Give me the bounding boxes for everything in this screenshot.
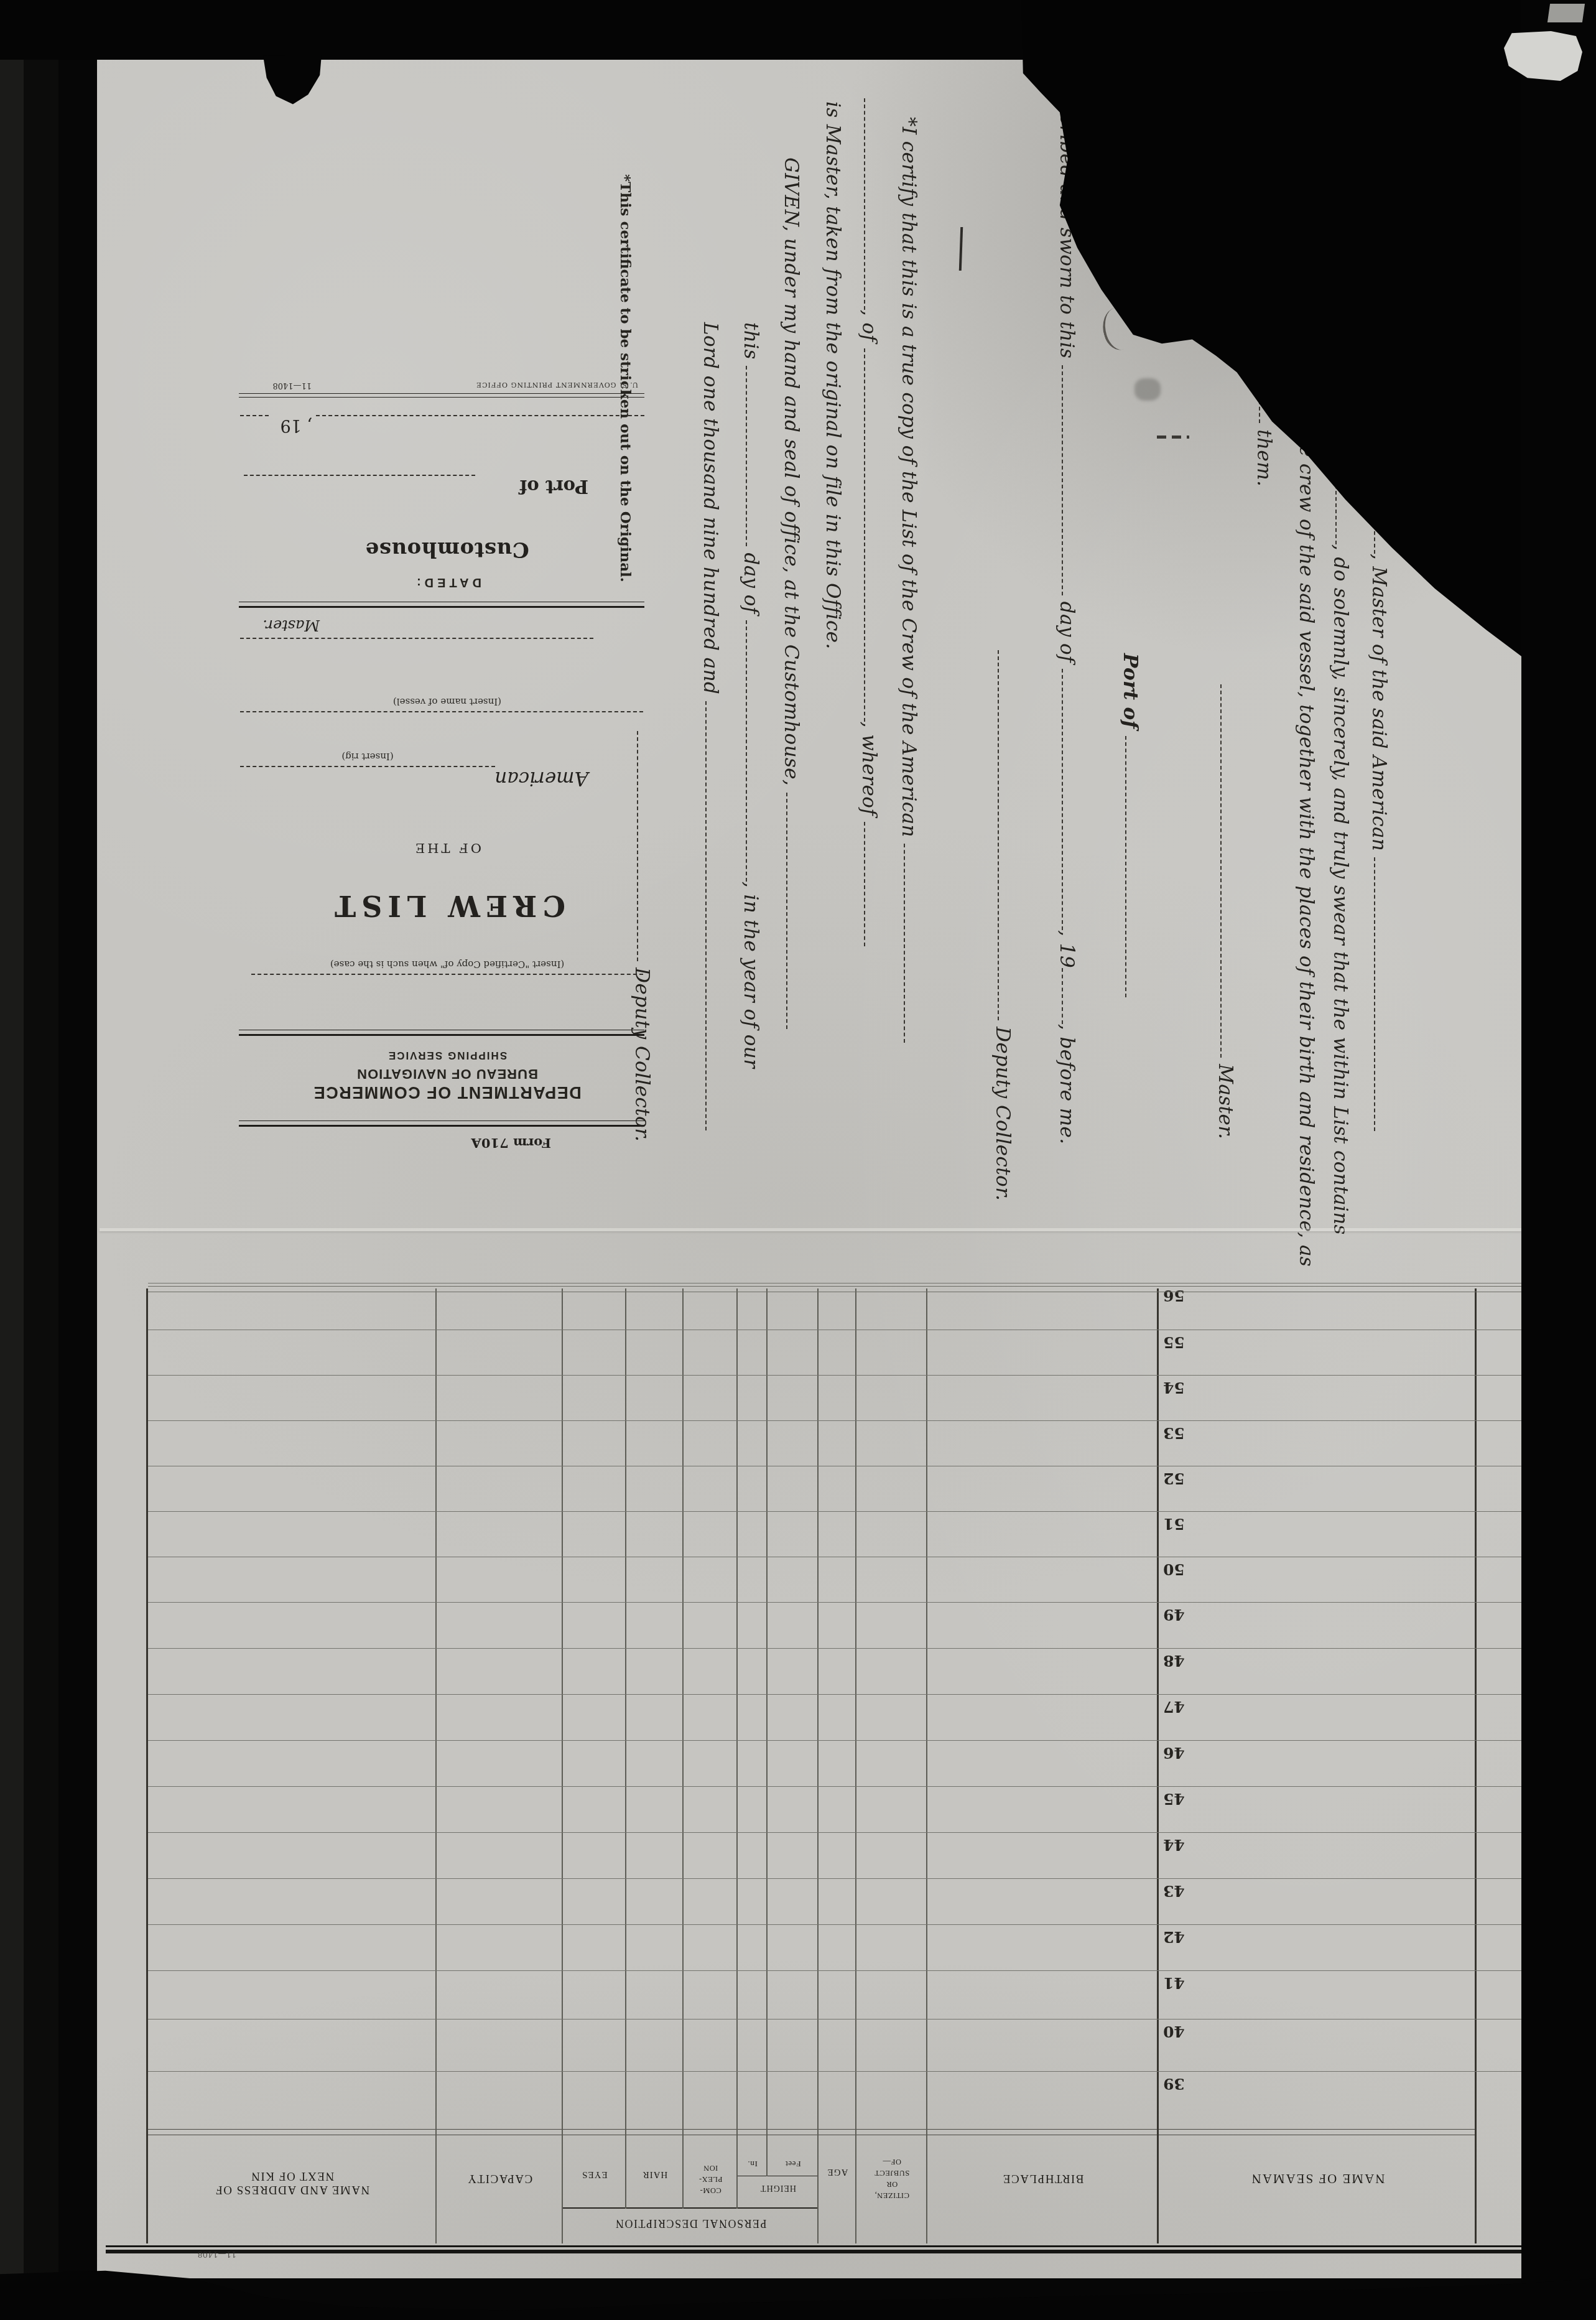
col-header-feet: Feet bbox=[768, 2158, 819, 2170]
crew-row-41: 41 bbox=[148, 1970, 1523, 2019]
crew-row-48: 48 bbox=[148, 1648, 1523, 1694]
row-number: 52 bbox=[1163, 1470, 1188, 1488]
rule bbox=[239, 1120, 644, 1127]
service-title: SHIPPING SERVICE bbox=[239, 1049, 656, 1061]
rule bbox=[239, 602, 644, 608]
crew-row-55: 55 bbox=[148, 1330, 1523, 1375]
row-number: 49 bbox=[1163, 1606, 1188, 1624]
row-number: 48 bbox=[1163, 1652, 1188, 1670]
col-header-age: AGE bbox=[819, 2166, 856, 2178]
crew-row-45: 45 bbox=[148, 1786, 1523, 1832]
rig-prefix: American bbox=[494, 767, 588, 790]
rig-caption: (Insert rig) bbox=[240, 751, 495, 762]
col-header-birthplace: BIRTHPLACE bbox=[927, 2171, 1159, 2185]
personal-description-rule bbox=[563, 2207, 819, 2209]
certify-of-line: , of , whereof bbox=[858, 98, 880, 946]
crew-row-39: 39 bbox=[148, 2071, 1523, 2130]
row-number: 53 bbox=[1163, 1424, 1188, 1442]
year-line-end bbox=[240, 415, 269, 416]
back-cover-panel: Form 710A DEPARTMENT OF COMMERCE BUREAU … bbox=[239, 373, 656, 1154]
col-header-complexion: COM- PLEX- ION bbox=[684, 2163, 738, 2196]
customhouse-label: Customhouse bbox=[239, 537, 656, 562]
port-of-line bbox=[244, 475, 475, 476]
row-number: 51 bbox=[1163, 1515, 1188, 1533]
pencil-smear bbox=[1134, 378, 1161, 401]
print-code: 11—1408 bbox=[272, 381, 312, 390]
form-number: Form 710A bbox=[471, 1135, 552, 1151]
crew-row-51: 51 bbox=[148, 1511, 1523, 1557]
group-header-personal-description: PERSONAL DESCRIPTION bbox=[563, 2217, 819, 2230]
rule bbox=[239, 393, 644, 398]
vessel-caption: (Insert name of vessel) bbox=[239, 696, 656, 707]
year-label: , 19 bbox=[280, 416, 312, 435]
port-of-label: Port of bbox=[519, 476, 588, 497]
row-number: 46 bbox=[1163, 1744, 1188, 1762]
seal-mark bbox=[959, 227, 963, 271]
col-header-inches: In. bbox=[738, 2158, 768, 2170]
col-header-hair: HAIR bbox=[626, 2169, 684, 2180]
col-header-name-of-seaman: NAME OF SEAMAN bbox=[1159, 2171, 1477, 2186]
paper-clip-artifact bbox=[1504, 4, 1586, 83]
col-header-next-of-kin: NAME AND ADDRESS OF NEXT OF KIN bbox=[148, 2169, 437, 2196]
certified-copy-caption: (Insert "Certified Copy of" when such is… bbox=[239, 959, 656, 970]
crew-row-43: 43 bbox=[148, 1878, 1523, 1924]
col-header-capacity: CAPACITY bbox=[437, 2171, 563, 2185]
crew-row-40: 40 bbox=[148, 2019, 1523, 2071]
crew-row-54: 54 bbox=[148, 1375, 1523, 1420]
paper-crease bbox=[100, 1228, 1521, 1231]
oath-port-of: Port of bbox=[1119, 653, 1141, 997]
scanner-edge-strip bbox=[24, 0, 58, 2320]
master-signature-line bbox=[240, 638, 593, 639]
master-label: Master. bbox=[262, 617, 320, 634]
row-number: 47 bbox=[1163, 1698, 1188, 1716]
crew-row-44: 44 bbox=[148, 1832, 1523, 1878]
table-print-code: 11—1408 bbox=[187, 2246, 236, 2258]
department-title: DEPARTMENT OF COMMERCE bbox=[239, 1083, 656, 1102]
year-line bbox=[316, 415, 644, 416]
row-number: 50 bbox=[1163, 1560, 1188, 1578]
rig-line bbox=[240, 766, 495, 767]
scan-right-border bbox=[1521, 0, 1596, 2320]
crew-row-42: 42 bbox=[148, 1924, 1523, 1970]
certify-line: *I certify that this is a true copy of t… bbox=[898, 117, 920, 1043]
pencil-dash-mark bbox=[1157, 436, 1189, 439]
table-body: 394041424344454647484950515253545556 bbox=[148, 1292, 1523, 2130]
certify-deputy-signature: Deputy Collector. bbox=[631, 731, 653, 1142]
row-number: 45 bbox=[1163, 1790, 1188, 1808]
col-header-eyes: EYES bbox=[563, 2169, 626, 2180]
given-date-line: this day of , in the year of our bbox=[740, 322, 762, 1068]
oath-deputy-signature: Deputy Collector. bbox=[991, 650, 1014, 1201]
row-number: 43 bbox=[1163, 1882, 1188, 1900]
crew-row-53: 53 bbox=[148, 1420, 1523, 1466]
table-top-rule bbox=[106, 2240, 1523, 2253]
paper-clip-top bbox=[1547, 4, 1585, 22]
of-the-label: OF THE bbox=[239, 841, 656, 855]
crew-list-title: CREW LIST bbox=[239, 889, 656, 923]
crew-row-52: 52 bbox=[148, 1466, 1523, 1511]
certified-copy-line bbox=[251, 974, 643, 975]
row-number: 44 bbox=[1163, 1836, 1188, 1854]
height-subdivider-rule bbox=[738, 2176, 819, 2176]
crew-row-47: 47 bbox=[148, 1694, 1523, 1740]
crew-row-49: 49 bbox=[148, 1602, 1523, 1648]
lord-year-line: Lord one thousand nine hundred and bbox=[699, 322, 721, 1130]
row-number: 54 bbox=[1163, 1379, 1188, 1397]
scanned-crew-list-document: Form 710A DEPARTMENT OF COMMERCE BUREAU … bbox=[0, 0, 1596, 2320]
scanner-edge-strip bbox=[0, 0, 24, 2320]
row-number: 40 bbox=[1163, 2023, 1188, 2041]
given-line: GIVEN, under my hand and seal of office,… bbox=[780, 157, 802, 1029]
dated-label: DATED: bbox=[239, 575, 656, 589]
row-number: 41 bbox=[1163, 1974, 1188, 1992]
oath-master-signature: Master. bbox=[1214, 684, 1236, 1139]
row-number: 42 bbox=[1163, 1928, 1188, 1946]
table-bottom-rule bbox=[148, 1286, 1523, 1292]
row-number: 55 bbox=[1163, 1333, 1188, 1351]
row-number: 39 bbox=[1163, 2075, 1188, 2093]
col-header-height: HEIGHT bbox=[738, 2183, 819, 2194]
vessel-line bbox=[240, 711, 643, 712]
crew-row-50: 50 bbox=[148, 1557, 1523, 1602]
rule bbox=[239, 1030, 644, 1036]
col-header-citizen: CITIZEN, OR SUBJECT OF— bbox=[856, 2156, 927, 2202]
bureau-title: BUREAU OF NAVIGATION bbox=[239, 1066, 656, 1082]
crew-row-46: 46 bbox=[148, 1740, 1523, 1786]
paper-clip-body bbox=[1504, 31, 1582, 81]
crew-table: NAME OF SEAMAN BIRTHPLACE CITIZEN, OR SU… bbox=[106, 1287, 1523, 2253]
certify-master-line: is Master, taken from the original on fi… bbox=[822, 101, 844, 650]
